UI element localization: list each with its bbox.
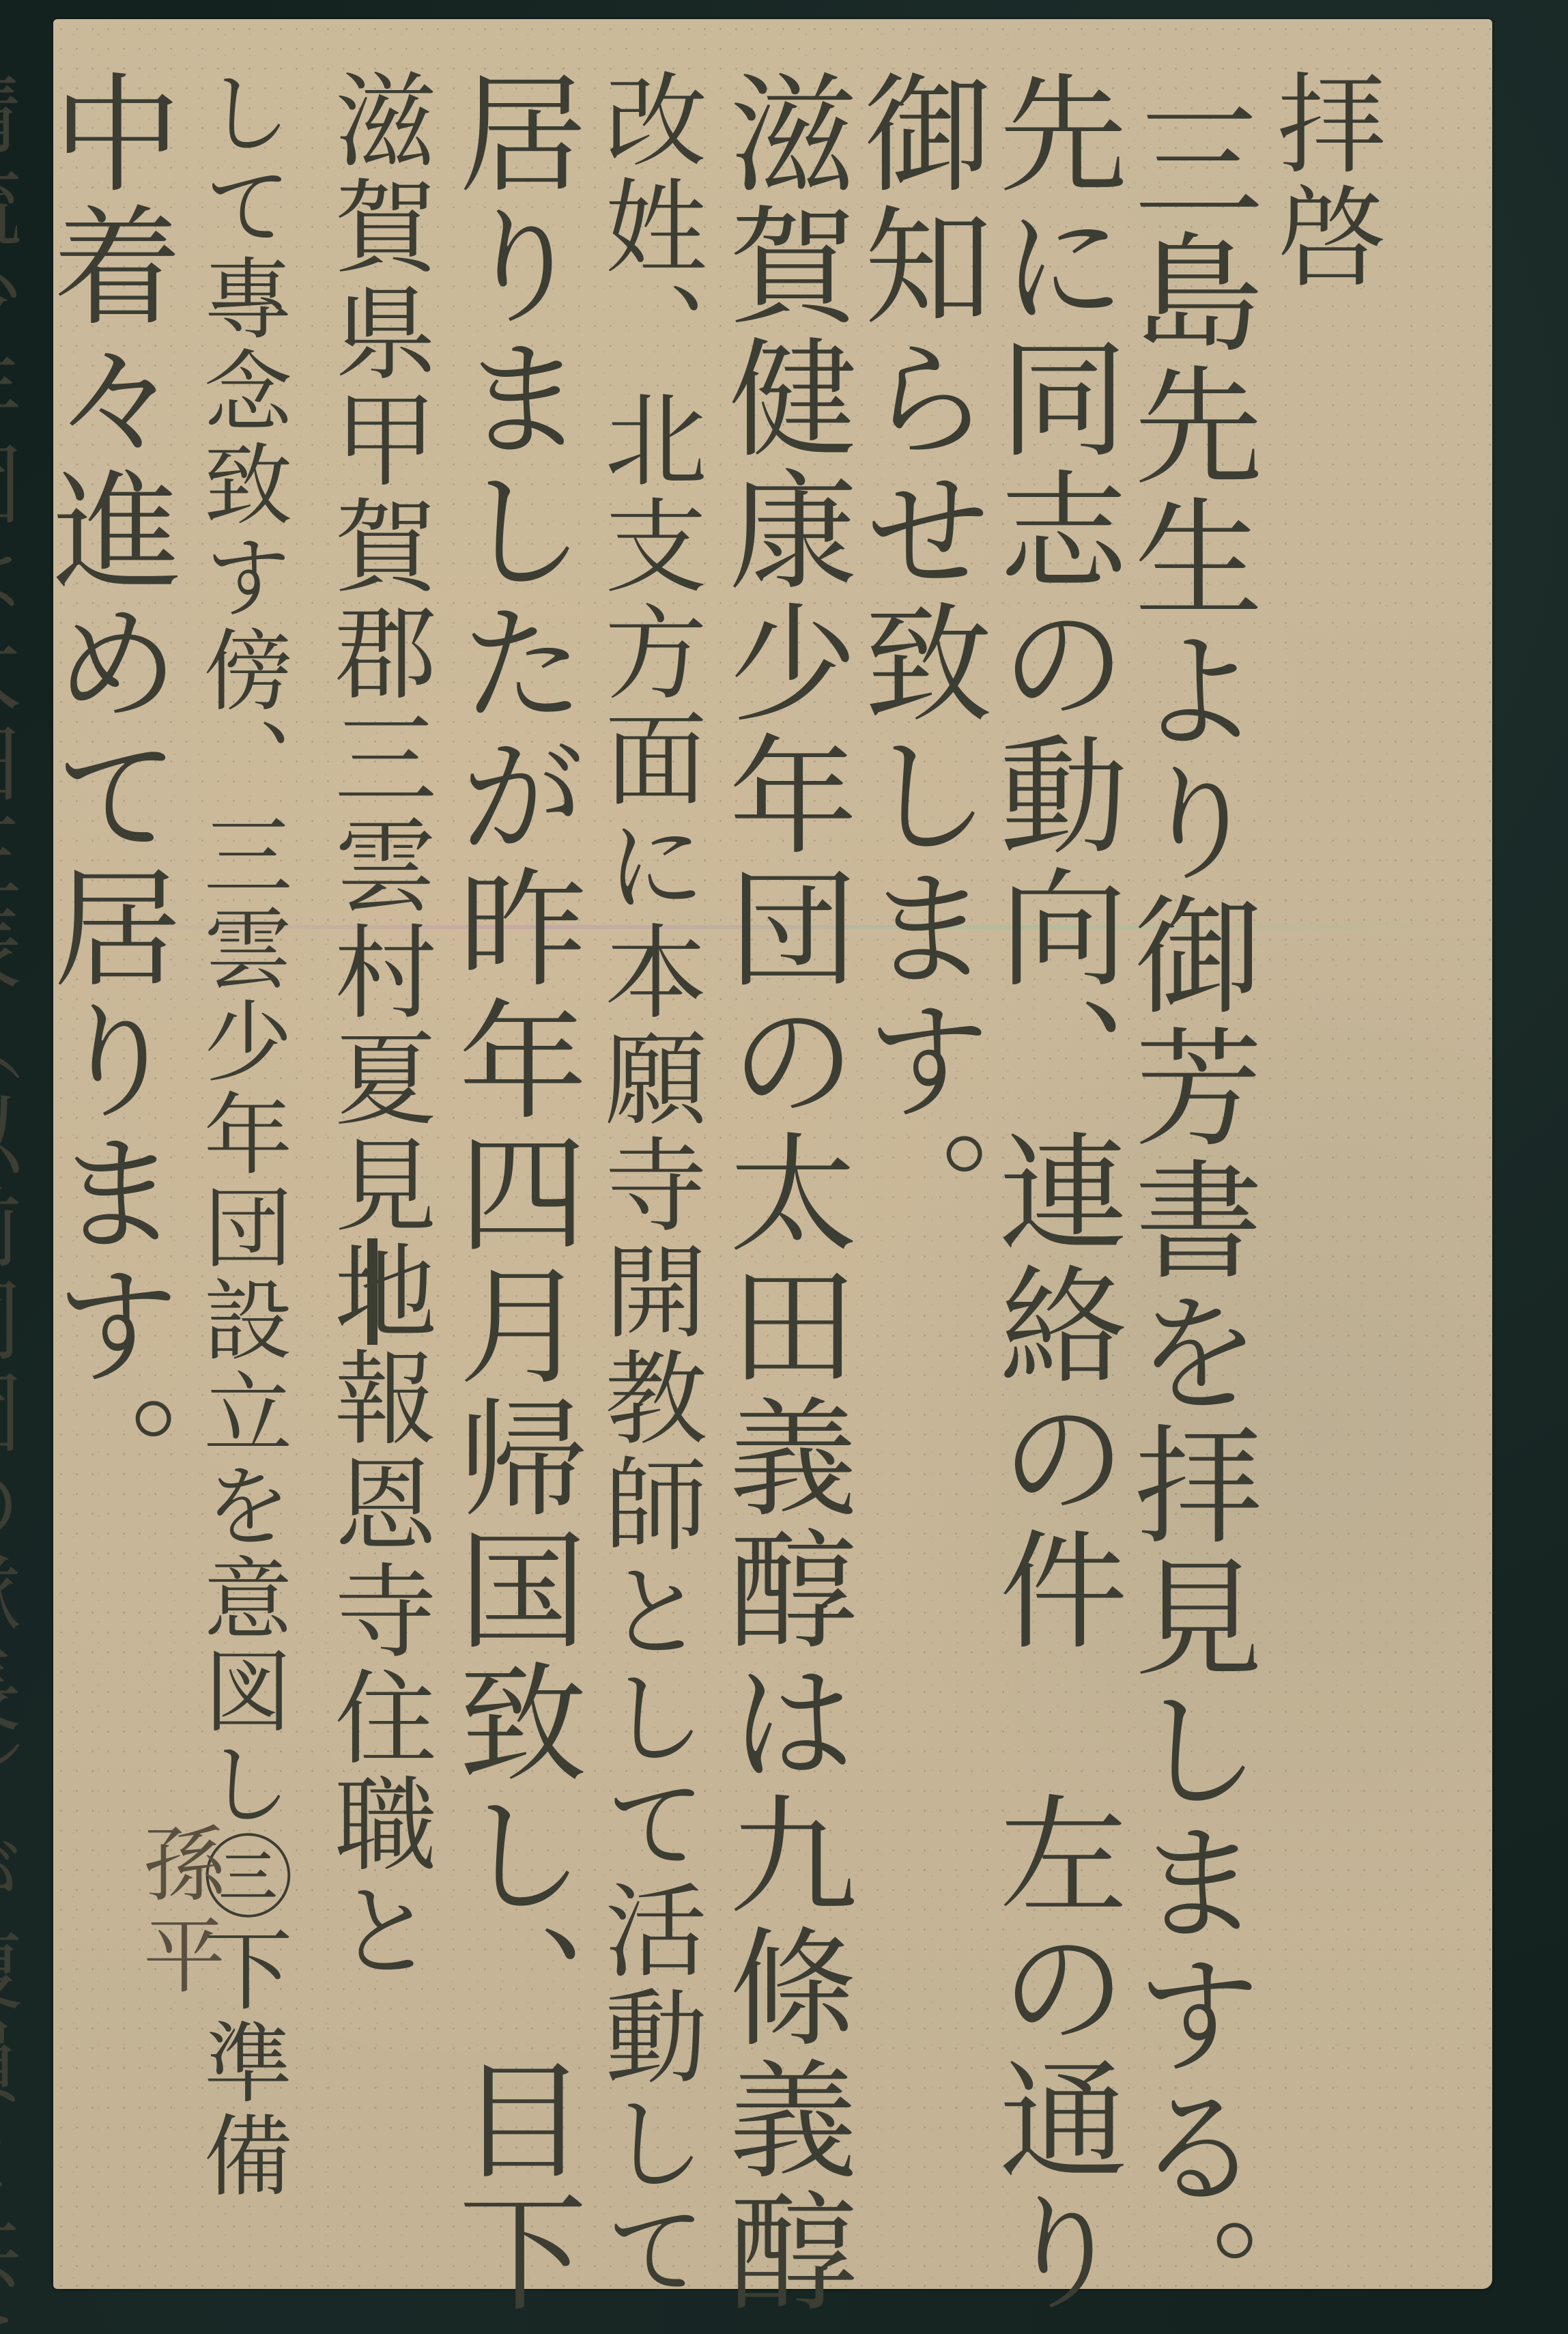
letter-line: 居りましたが昨年四月帰国致し、目下 [444,67,579,2251]
line-text: 報恩寺住職と [317,1345,436,1984]
line-text: 滋賀県甲賀郡三雲村夏見 [317,67,436,1238]
letter-line: 滋賀健康少年団の太田義醇は九條義醇と [714,67,849,2251]
struck-character: 地 [317,1238,436,1345]
letter-line: 先に同志の動向、連絡の件 左の通り [984,67,1120,2251]
letter-line: 三島先生より御芳書を拝見しまする。 [1120,67,1255,2251]
letter-line: 清流少年団は太田正辰（以前同団の隊長）が復員と共に [0,67,38,2251]
letter-line: 御知らせ致します。 [849,67,984,2251]
postcard: 拝啓 三島先生より御芳書を拝見しまする。 先に同志の動向、連絡の件 左の通り 御… [53,19,1492,2289]
letter-line: 改姓、北支方面に本願寺開教師として活動して [579,67,714,2251]
greeting: 拝啓 [1255,67,1390,2251]
signature: 孫平 [118,1821,236,2004]
letter-line: 滋賀県甲賀郡三雲村夏見地報恩寺住職と [309,67,444,2251]
